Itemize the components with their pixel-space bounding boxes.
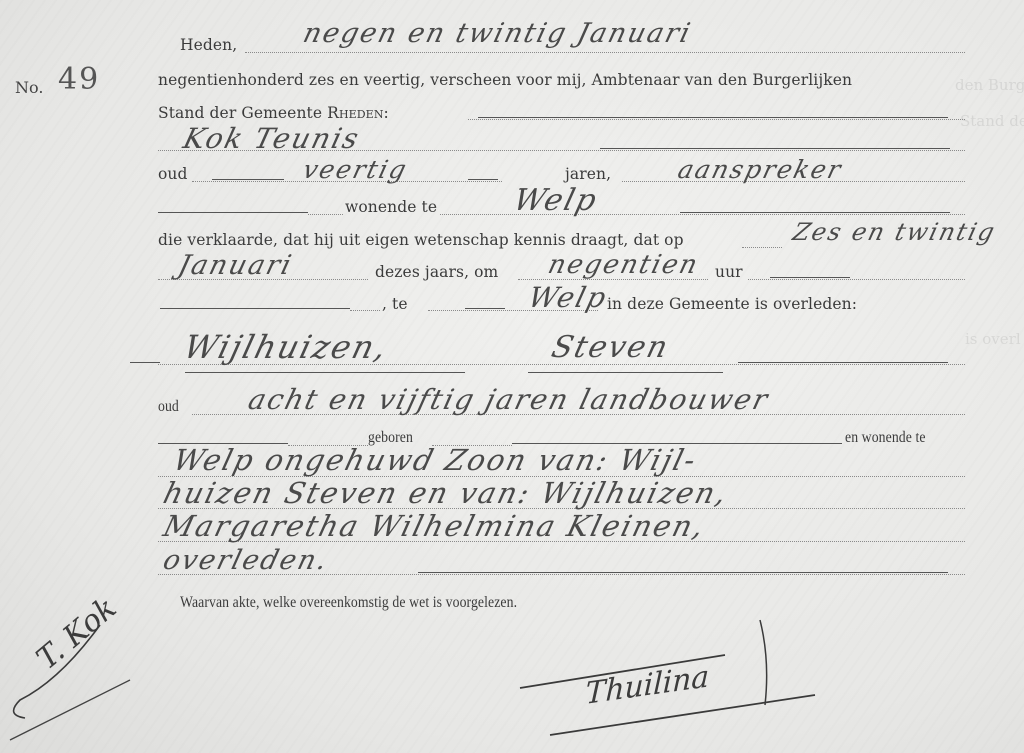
- signature-strokes: [0, 0, 1024, 753]
- certificate-page: den Burg Stand der is overl No. 49 Heden…: [0, 0, 1024, 753]
